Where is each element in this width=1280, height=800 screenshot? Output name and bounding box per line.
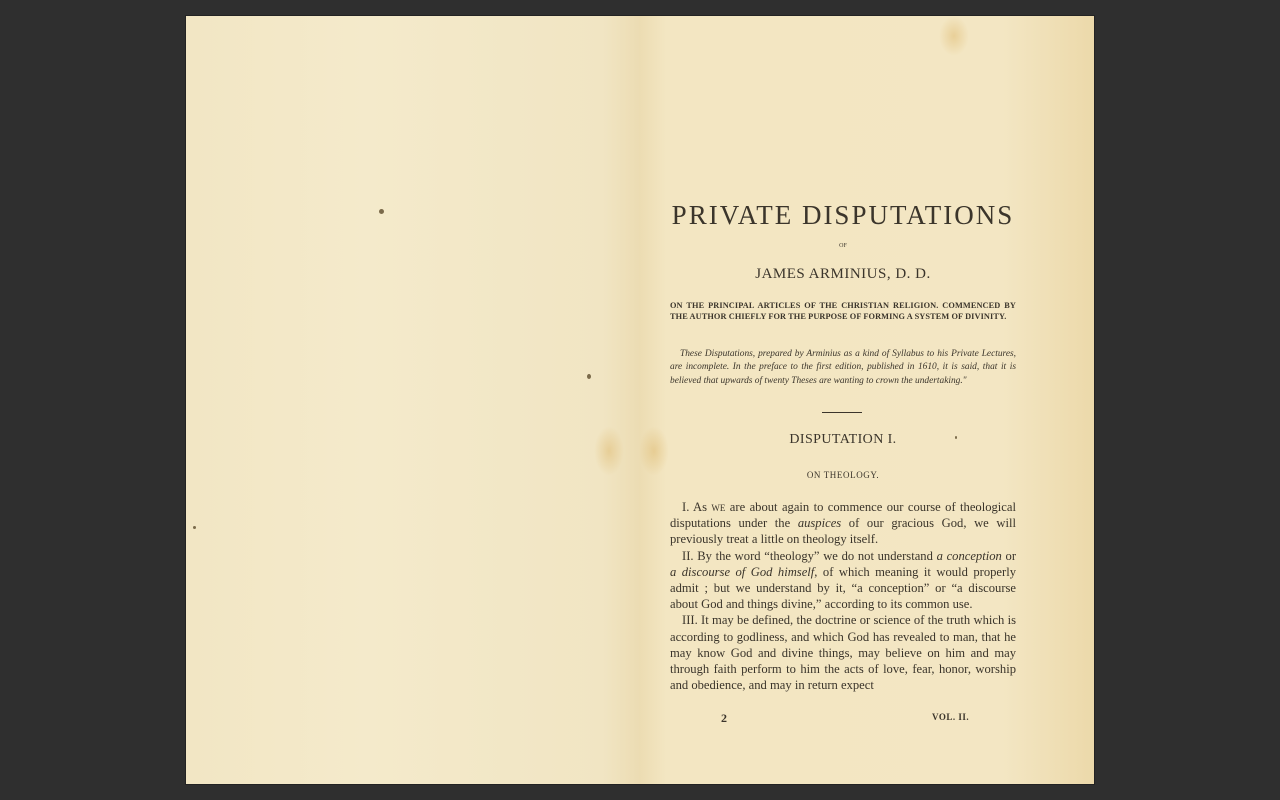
title-connector: OF <box>670 243 1016 249</box>
paragraph-3: III. It may be defined, the doctrine or … <box>670 612 1016 693</box>
disputation-heading: DISPUTATION I. <box>670 432 1016 448</box>
text-run: I. As <box>682 500 711 514</box>
paper-speck <box>379 209 384 214</box>
paragraph-1: I. As we are about again to commence our… <box>670 499 1016 548</box>
body-text: I. As we are about again to commence our… <box>670 499 1016 693</box>
disputation-subheading: ON THEOLOGY. <box>670 470 1016 480</box>
section-divider <box>822 412 862 413</box>
book-subtitle: ON THE PRINCIPAL ARTICLES OF THE CHRISTI… <box>670 300 1016 322</box>
text-run-italic: a discourse of God himself <box>670 565 814 579</box>
text-run: II. By the word “theology” we do not und… <box>682 549 937 563</box>
editorial-note: These Disputations, prepared by Arminius… <box>670 348 1016 388</box>
paper-stain <box>639 426 669 476</box>
left-page-blank <box>186 16 639 784</box>
text-run-italic: auspices <box>798 516 841 530</box>
text-run-smallcaps: we <box>711 500 725 514</box>
book-title: PRIVATE DISPUTATIONS <box>670 200 1016 231</box>
page-number: 2 <box>721 711 727 726</box>
paragraph-2: II. By the word “theology” we do not und… <box>670 548 1016 613</box>
page-footer: 2 VOL. II. <box>670 711 1016 725</box>
book-spread: PRIVATE DISPUTATIONS OF JAMES ARMINIUS, … <box>186 16 1094 784</box>
paper-stain <box>939 16 969 56</box>
paper-stain <box>594 426 624 476</box>
text-run-italic: a conception <box>937 549 1002 563</box>
paper-speck <box>193 526 196 529</box>
author-name: JAMES ARMINIUS, D. D. <box>670 266 1016 283</box>
paper-speck <box>587 374 591 379</box>
text-run: III. It may be defined, the doctrine or … <box>670 613 1016 692</box>
text-run: or <box>1002 549 1016 563</box>
volume-signature: VOL. II. <box>932 712 969 722</box>
